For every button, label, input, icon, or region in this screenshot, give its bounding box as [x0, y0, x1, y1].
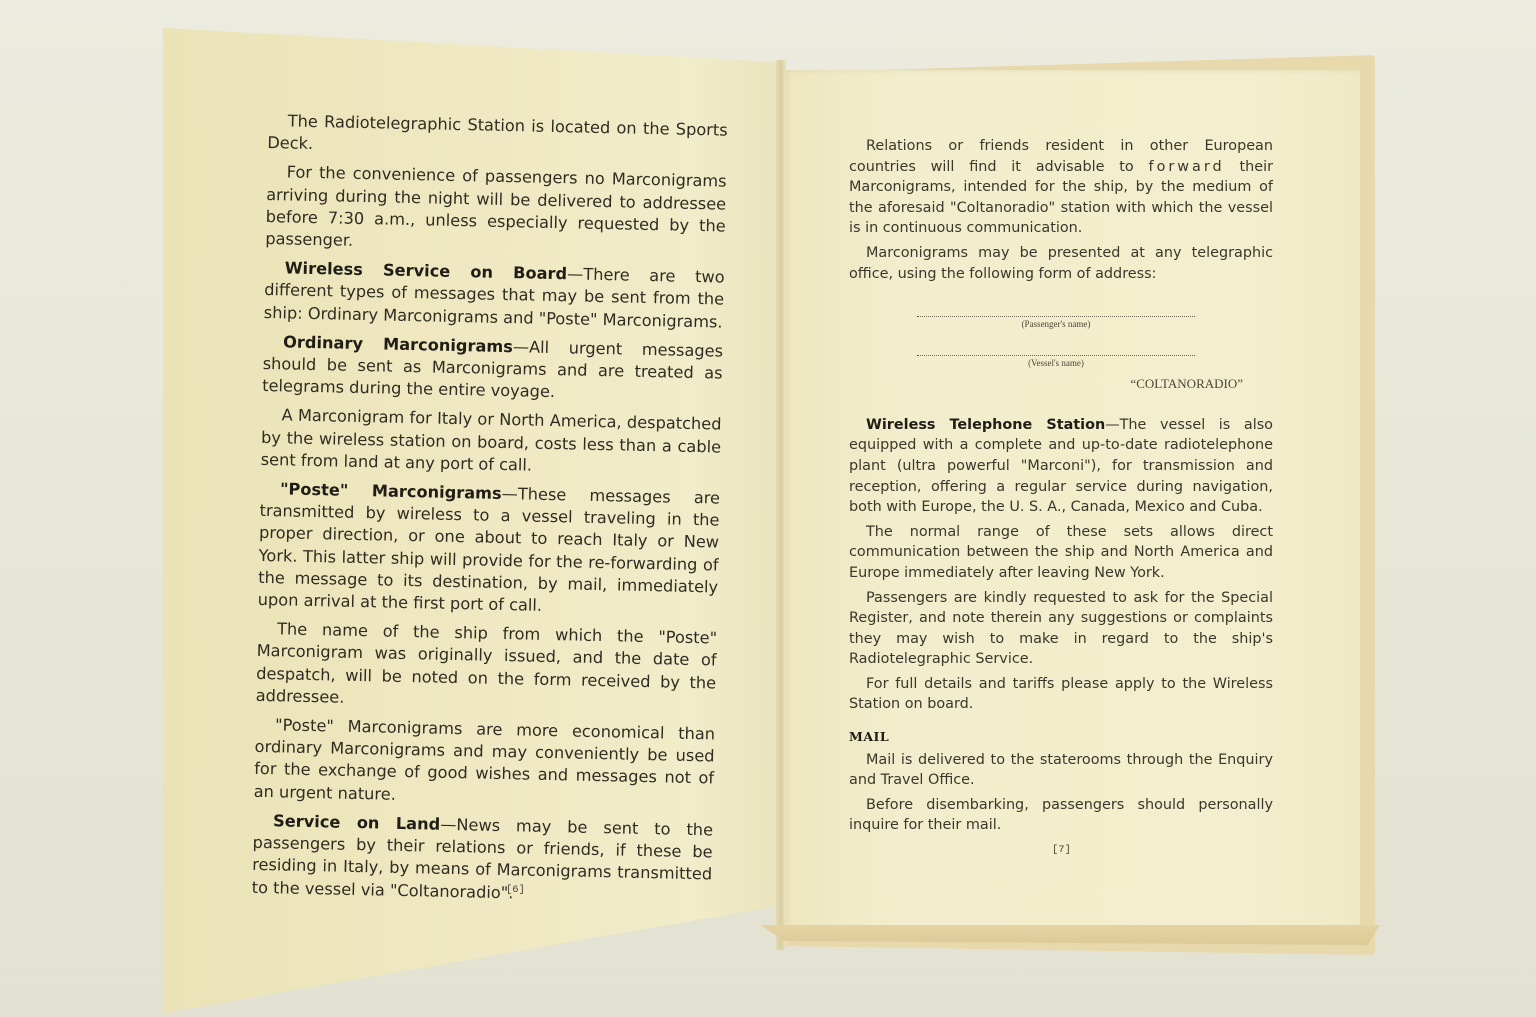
vessel-name-line [917, 349, 1195, 356]
paragraph-wireless-telephone: Wireless Telephone Station—The vessel is… [849, 415, 1273, 518]
spaced-word: forward [1149, 159, 1225, 175]
paragraph-poste-marconigrams: "Poste" Marconigrams—These messages are … [258, 478, 721, 621]
booklet-spine-gutter [776, 60, 786, 950]
passenger-name-caption: (Passenger's name) [917, 317, 1195, 331]
paragraph-mail-delivery: Mail is delivered to the staterooms thro… [849, 750, 1273, 791]
right-page-text: Relations or friends resident in other E… [849, 136, 1273, 840]
paragraph-station-location: The Radiotelegraphic Station is located … [267, 110, 728, 164]
station-name: “COLTANORADIO” [849, 374, 1243, 395]
address-form: (Passenger's name) (Vessel's name) [917, 310, 1195, 370]
passenger-name-line [917, 310, 1195, 317]
page-number-right: [7] [1052, 844, 1071, 856]
paragraph-wireless-service: Wireless Service on Board—There are two … [264, 257, 725, 333]
paragraph-text: The name of the ship from which the "Pos… [256, 620, 718, 707]
paragraph-normal-range: The normal range of these sets allows di… [849, 522, 1273, 584]
vessel-name-caption: (Vessel's name) [917, 356, 1195, 370]
paragraph-text: For the convenience of passengers no Mar… [265, 163, 727, 250]
mail-heading: MAIL [849, 727, 1273, 748]
paragraph-mail-inquire: Before disembarking, passengers should p… [849, 795, 1273, 836]
page-number-left: [6] [506, 884, 525, 896]
paragraph-special-register: Passengers are kindly requested to ask f… [849, 588, 1273, 670]
paragraph-heading: "Poste" Marconigrams [280, 479, 502, 503]
paragraph-telegraphic-office: Marconigrams may be presented at any tel… [849, 243, 1273, 284]
paragraph-text: The Radiotelegraphic Station is located … [267, 111, 728, 153]
paragraph-heading: Service on Land [273, 811, 440, 833]
left-page-text: The Radiotelegraphic Station is located … [251, 110, 728, 915]
paragraph-tariffs: For full details and tariffs please appl… [849, 674, 1273, 715]
paragraph-ship-name: The name of the ship from which the "Pos… [255, 618, 717, 716]
paragraph-cost: A Marconigram for Italy or North America… [260, 404, 721, 480]
paragraph-heading: Wireless Telephone Station [866, 417, 1105, 433]
paragraph-text: A Marconigram for Italy or North America… [260, 406, 721, 475]
paragraph-ordinary-marconigrams: Ordinary Marconigrams—All urgent message… [262, 331, 723, 407]
paragraph-service-on-land: Service on Land—News may be sent to the … [251, 810, 713, 908]
paragraph-heading: Ordinary Marconigrams [283, 332, 513, 356]
paragraph-heading: Wireless Service on Board [284, 259, 567, 284]
paragraph-night-delivery: For the convenience of passengers no Mar… [265, 161, 727, 259]
paragraph-european-relations: Relations or friends resident in other E… [849, 136, 1273, 239]
paragraph-text: —These messages are transmitted by wirel… [258, 484, 721, 615]
paragraph-economical: "Poste" Marconigrams are more economical… [253, 714, 715, 812]
paragraph-text: "Poste" Marconigrams are more economical… [254, 715, 716, 803]
